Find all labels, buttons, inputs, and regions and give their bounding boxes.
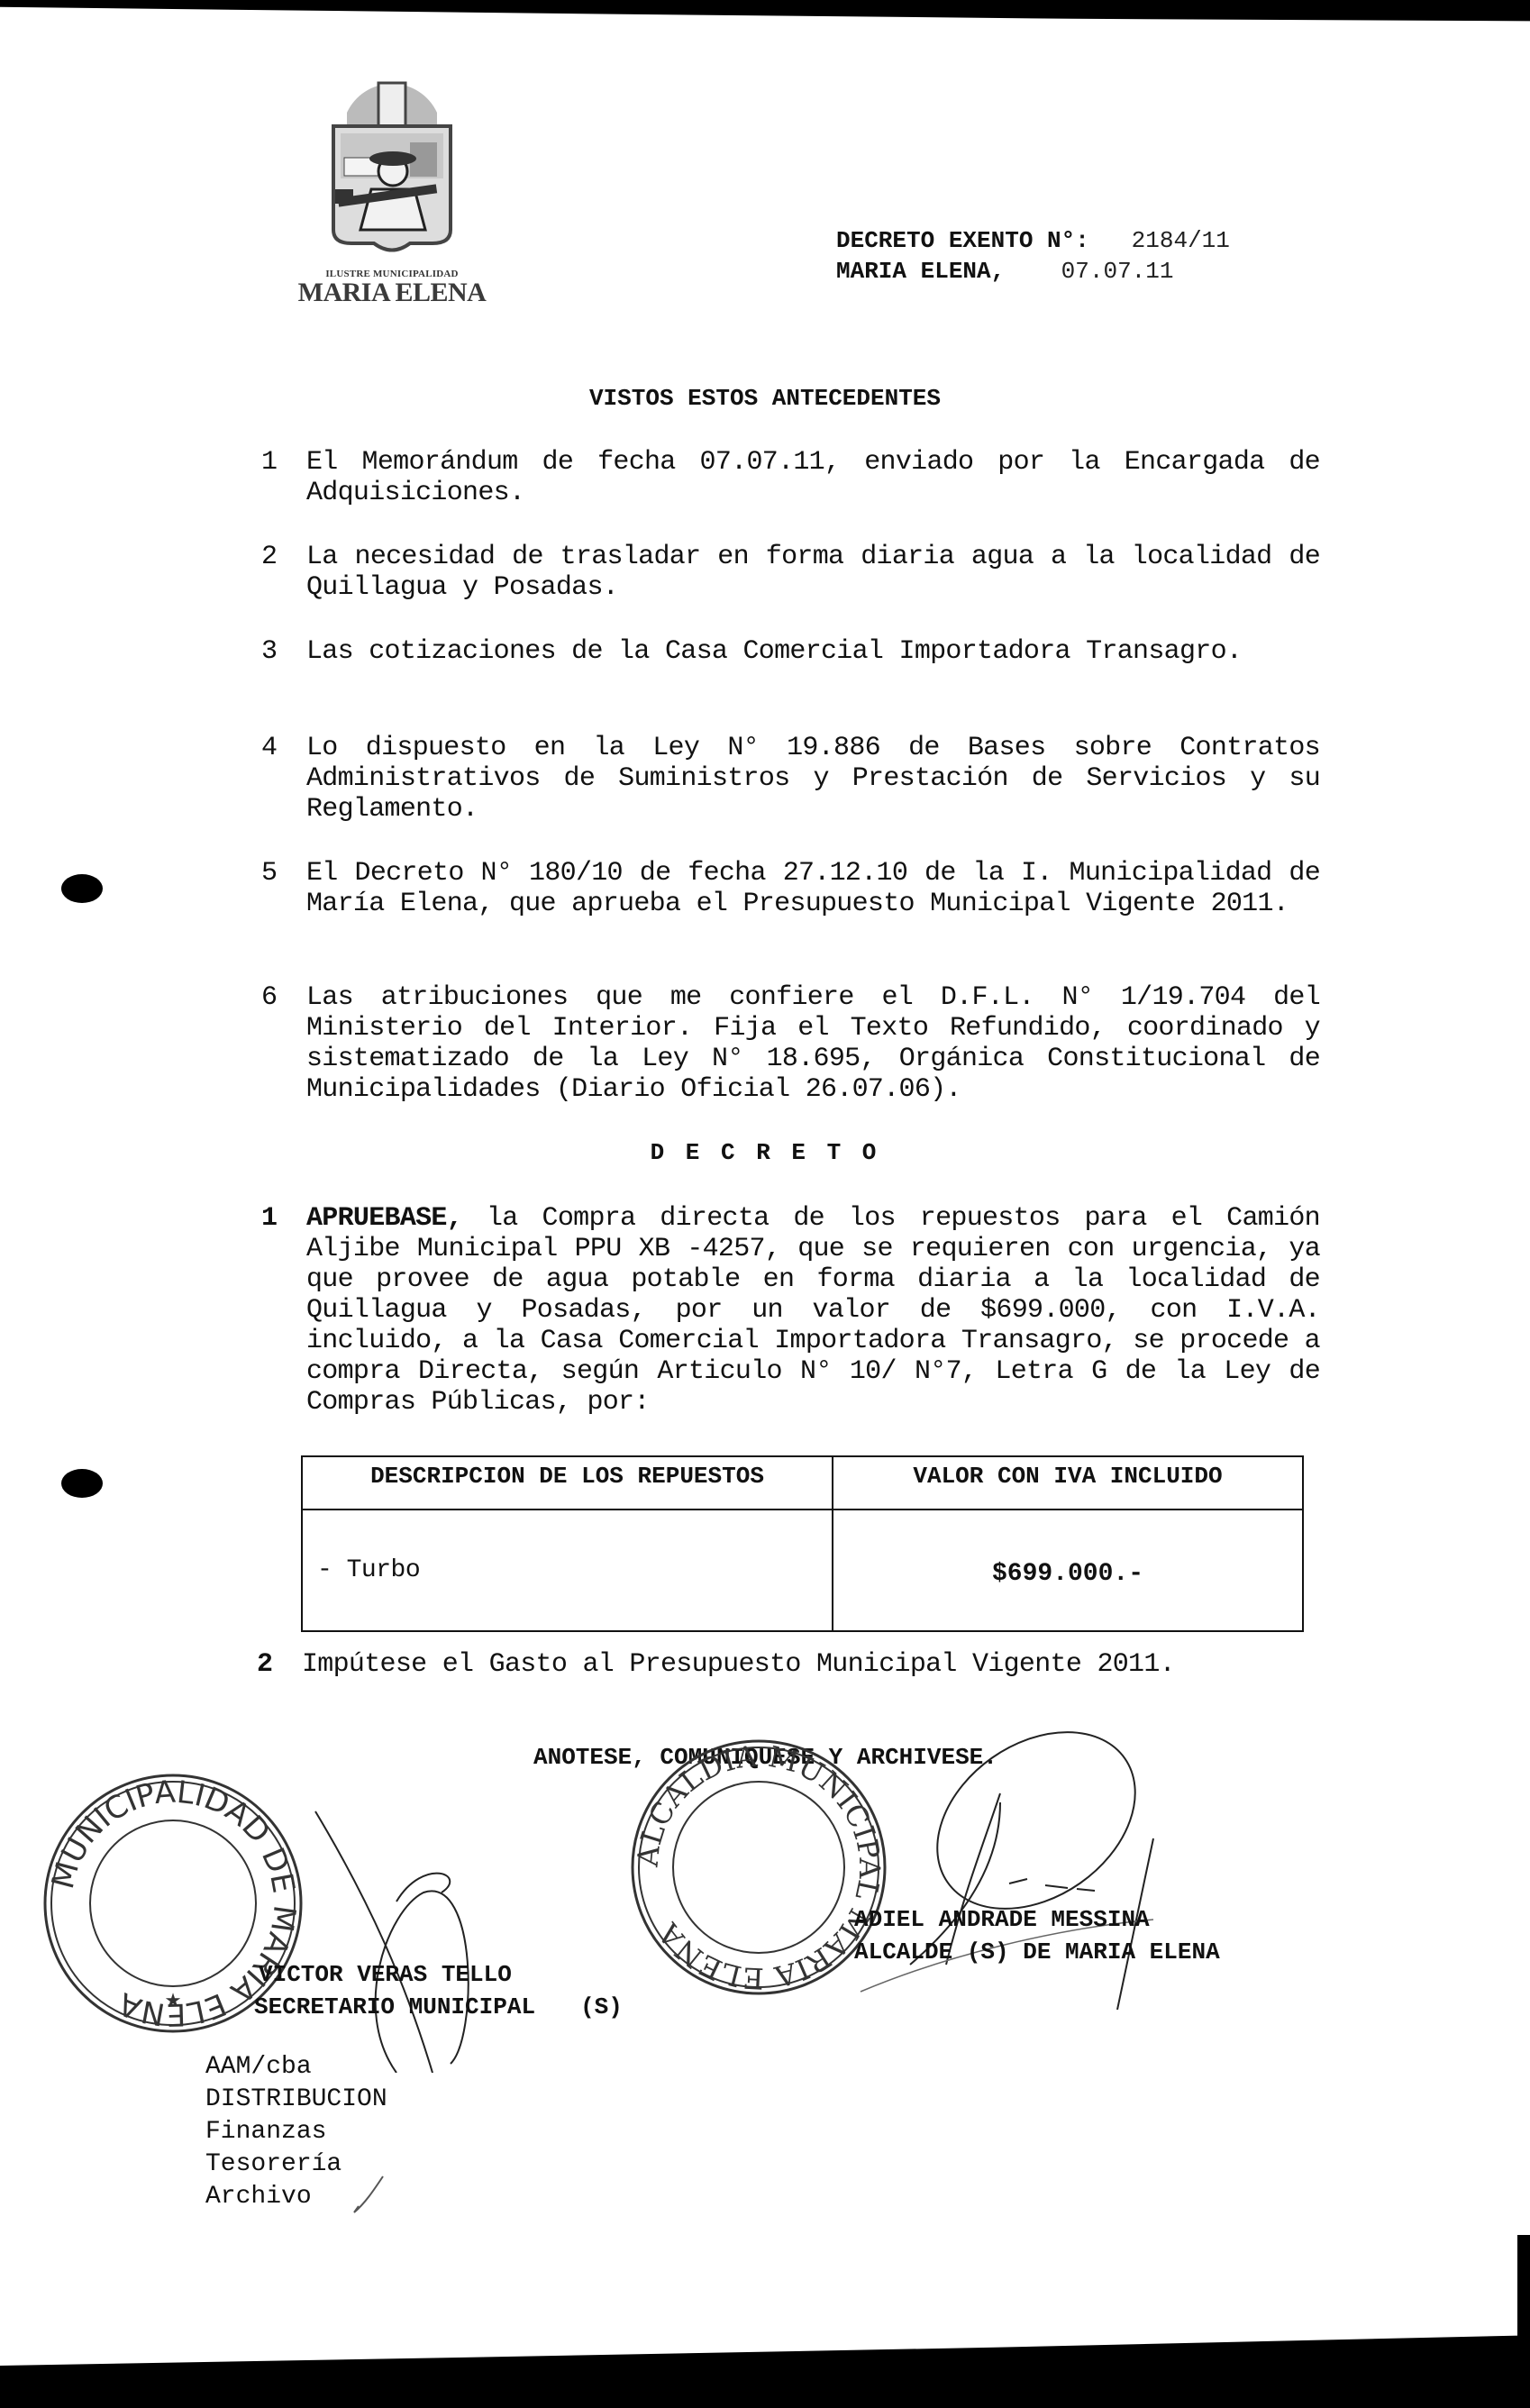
- antecedent-item: 6 Las atribuciones que me confiere el D.…: [261, 982, 1320, 1105]
- place-label: MARIA ELENA,: [836, 258, 1005, 285]
- decree-header: DECRETO EXENTO N°: 2184/11 MARIA ELENA, …: [836, 225, 1230, 287]
- item-text: Impútese el Gasto al Presupuesto Municip…: [302, 1649, 1316, 1680]
- item-number: 1: [261, 447, 277, 478]
- item-text: Las atribuciones que me confiere el D.F.…: [306, 982, 1320, 1105]
- decree-title: D E C R E T O: [0, 1139, 1530, 1166]
- decree-date: 07.07.11: [1061, 258, 1174, 285]
- antecedent-item: 5 El Decreto N° 180/10 de fecha 27.12.10…: [261, 858, 1320, 919]
- item-number: 4: [261, 733, 277, 763]
- antecedents-title: VISTOS ESTOS ANTECEDENTES: [0, 385, 1530, 412]
- svg-text:★: ★: [165, 1985, 181, 2016]
- distribution-label: DISTRIBUCION: [205, 2084, 387, 2116]
- scan-border-bottom: [0, 2307, 1530, 2408]
- item-number: 1: [261, 1203, 277, 1234]
- scan-border-top: [0, 0, 1530, 23]
- decree-item-text: la Compra directa de los repuestos para …: [306, 1203, 1320, 1418]
- decree-number: 2184/11: [1132, 227, 1230, 254]
- decree-item: 2 Impútese el Gasto al Presupuesto Munic…: [257, 1649, 1316, 1680]
- punch-hole: [61, 874, 103, 903]
- municipal-logo: ILUSTRE MUNICIPALIDAD MARIA ELENA: [293, 72, 491, 315]
- item-number: 6: [261, 982, 277, 1013]
- item-number: 2: [261, 542, 277, 572]
- part-description: - Turbo: [302, 1510, 833, 1631]
- item-text: El Decreto N° 180/10 de fecha 27.12.10 d…: [306, 858, 1320, 919]
- secretary-signature: [297, 1802, 532, 2073]
- mayor-stamp-icon: ALCALDIA MUNICIPAL MARIA ELENA: [626, 1735, 892, 2001]
- decree-lead: APRUEBASE,: [306, 1203, 462, 1234]
- secretary-suffix: (S): [580, 1993, 623, 2020]
- mayor-title: ALCALDE (S) DE MARIA ELENA: [854, 1936, 1220, 1968]
- decree-label: DECRETO EXENTO N°:: [836, 227, 1089, 254]
- item-number: 2: [257, 1649, 272, 1680]
- part-value: $699.000.-: [833, 1510, 1303, 1631]
- antecedent-item: 2 La necesidad de trasladar en forma dia…: [261, 542, 1320, 603]
- antecedent-item: 1 El Memorándum de fecha 07.07.11, envia…: [261, 447, 1320, 508]
- municipality-name: MARIA ELENA: [288, 278, 496, 308]
- antecedent-item: 3 Las cotizaciones de la Casa Comercial …: [261, 636, 1320, 667]
- distribution-recipient: Finanzas: [205, 2116, 387, 2148]
- checkmark-icon: [351, 2172, 387, 2217]
- initials: AAM/cba: [205, 2051, 387, 2084]
- column-header-description: DESCRIPCION DE LOS REPUESTOS: [302, 1456, 833, 1510]
- punch-hole: [61, 1469, 103, 1498]
- item-text: La necesidad de trasladar en forma diari…: [306, 542, 1320, 603]
- item-text: APRUEBASE, la Compra directa de los repu…: [306, 1203, 1320, 1418]
- secretary-title: SECRETARIO MUNICIPAL: [254, 1993, 535, 2020]
- mayor-signature-block: ADIEL ANDRADE MESSINA ALCALDE (S) DE MAR…: [854, 1903, 1220, 1968]
- parts-table: DESCRIPCION DE LOS REPUESTOS VALOR CON I…: [301, 1455, 1304, 1632]
- item-text: Las cotizaciones de la Casa Comercial Im…: [306, 636, 1320, 667]
- column-header-value: VALOR CON IVA INCLUIDO: [833, 1456, 1303, 1510]
- secretary-signature-block: VICTOR VERAS TELLO SECRETARIO MUNICIPAL(…: [254, 1958, 623, 2023]
- secretary-name: VICTOR VERAS TELLO: [259, 1958, 623, 1991]
- item-text: Lo dispuesto en la Ley N° 19.886 de Base…: [306, 733, 1320, 825]
- item-text: El Memorándum de fecha 07.07.11, enviado…: [306, 447, 1320, 508]
- item-number: 5: [261, 858, 277, 889]
- coat-of-arms-icon: [324, 72, 460, 261]
- antecedent-item: 4 Lo dispuesto en la Ley N° 19.886 de Ba…: [261, 733, 1320, 825]
- item-number: 3: [261, 636, 277, 667]
- table-row: - Turbo $699.000.-: [302, 1510, 1303, 1631]
- decree-item: 1 APRUEBASE, la Compra directa de los re…: [261, 1203, 1320, 1418]
- mayor-name: ADIEL ANDRADE MESSINA: [854, 1903, 1220, 1936]
- scan-border-right: [1517, 2235, 1530, 2343]
